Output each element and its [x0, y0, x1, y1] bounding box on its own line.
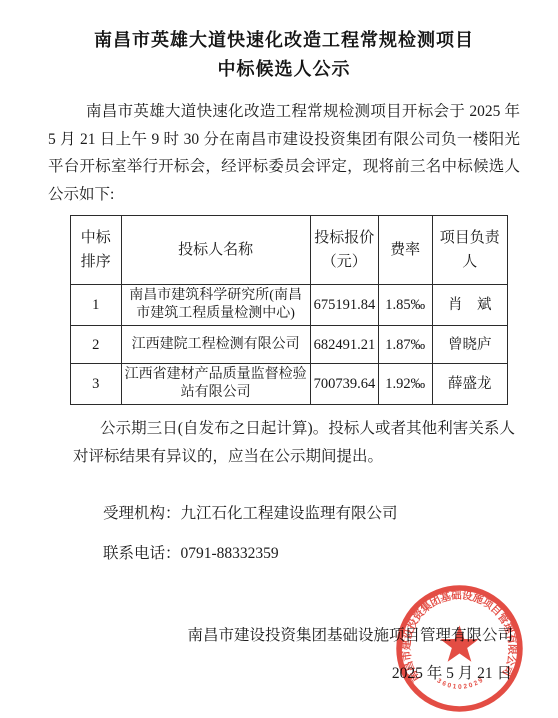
cell-rank: 3 [71, 364, 122, 405]
agency-line: 受理机构：九江石化工程建设监理有限公司 [103, 500, 520, 528]
cell-manager: 曾晓庐 [432, 326, 507, 364]
cell-rate: 1.87‰ [378, 326, 432, 364]
cell-manager: 薛盛龙 [432, 364, 507, 405]
notice-paragraph: 公示期三日(自发布之日起计算)。投标人或者其他利害关系人对评标结果有异议的，应当… [73, 415, 515, 470]
cell-price: 682491.21 [310, 326, 378, 364]
title-line-2: 中标候选人公示 [48, 55, 520, 84]
cell-rank: 1 [71, 285, 122, 326]
signature-block: 南昌市建设投资集团基础设施项目管理有限公司 2025 年 5 月 21 日 [48, 622, 520, 688]
cell-bidder: 江西省建材产品质量监督检验站有限公司 [121, 364, 310, 405]
table-row: 1 南昌市建筑科学研究所(南昌市建筑工程质量检测中心) 675191.84 1.… [71, 285, 508, 326]
header-price: 投标报价（元） [310, 216, 378, 285]
header-rate: 费率 [378, 216, 432, 285]
signature-date: 2025 年 5 月 21 日 [48, 660, 513, 688]
header-rank: 中标排序 [71, 216, 122, 285]
document-title: 南昌市英雄大道快速化改造工程常规检测项目 中标候选人公示 [48, 26, 520, 84]
title-line-1: 南昌市英雄大道快速化改造工程常规检测项目 [48, 26, 520, 55]
cell-manager: 肖 斌 [432, 285, 507, 326]
cell-bidder: 南昌市建筑科学研究所(南昌市建筑工程质量检测中心) [121, 285, 310, 326]
announcement-document: 南昌市英雄大道快速化改造工程常规检测项目 中标候选人公示 南昌市英雄大道快速化改… [0, 0, 558, 718]
table-row: 3 江西省建材产品质量监督检验站有限公司 700739.64 1.92‰ 薛盛龙 [71, 364, 508, 405]
header-bidder: 投标人名称 [121, 216, 310, 285]
cell-price: 700739.64 [310, 364, 378, 405]
cell-rank: 2 [71, 326, 122, 364]
phone-line: 联系电话：0791-88332359 [103, 540, 520, 568]
cell-rate: 1.92‰ [378, 364, 432, 405]
table-row: 2 江西建院工程检测有限公司 682491.21 1.87‰ 曾晓庐 [71, 326, 508, 364]
header-manager: 项目负责人 [432, 216, 507, 285]
document-content: 南昌市英雄大道快速化改造工程常规检测项目 中标候选人公示 南昌市英雄大道快速化改… [0, 0, 558, 688]
signature-company: 南昌市建设投资集团基础设施项目管理有限公司 [48, 622, 513, 650]
cell-price: 675191.84 [310, 285, 378, 326]
intro-paragraph: 南昌市英雄大道快速化改造工程常规检测项目开标会于 2025 年 5 月 21 日… [48, 98, 520, 208]
table-header-row: 中标排序 投标人名称 投标报价（元） 费率 项目负责人 [71, 216, 508, 285]
cell-bidder: 江西建院工程检测有限公司 [121, 326, 310, 364]
bid-candidates-table: 中标排序 投标人名称 投标报价（元） 费率 项目负责人 1 南昌市建筑科学研究所… [70, 215, 508, 405]
cell-rate: 1.85‰ [378, 285, 432, 326]
